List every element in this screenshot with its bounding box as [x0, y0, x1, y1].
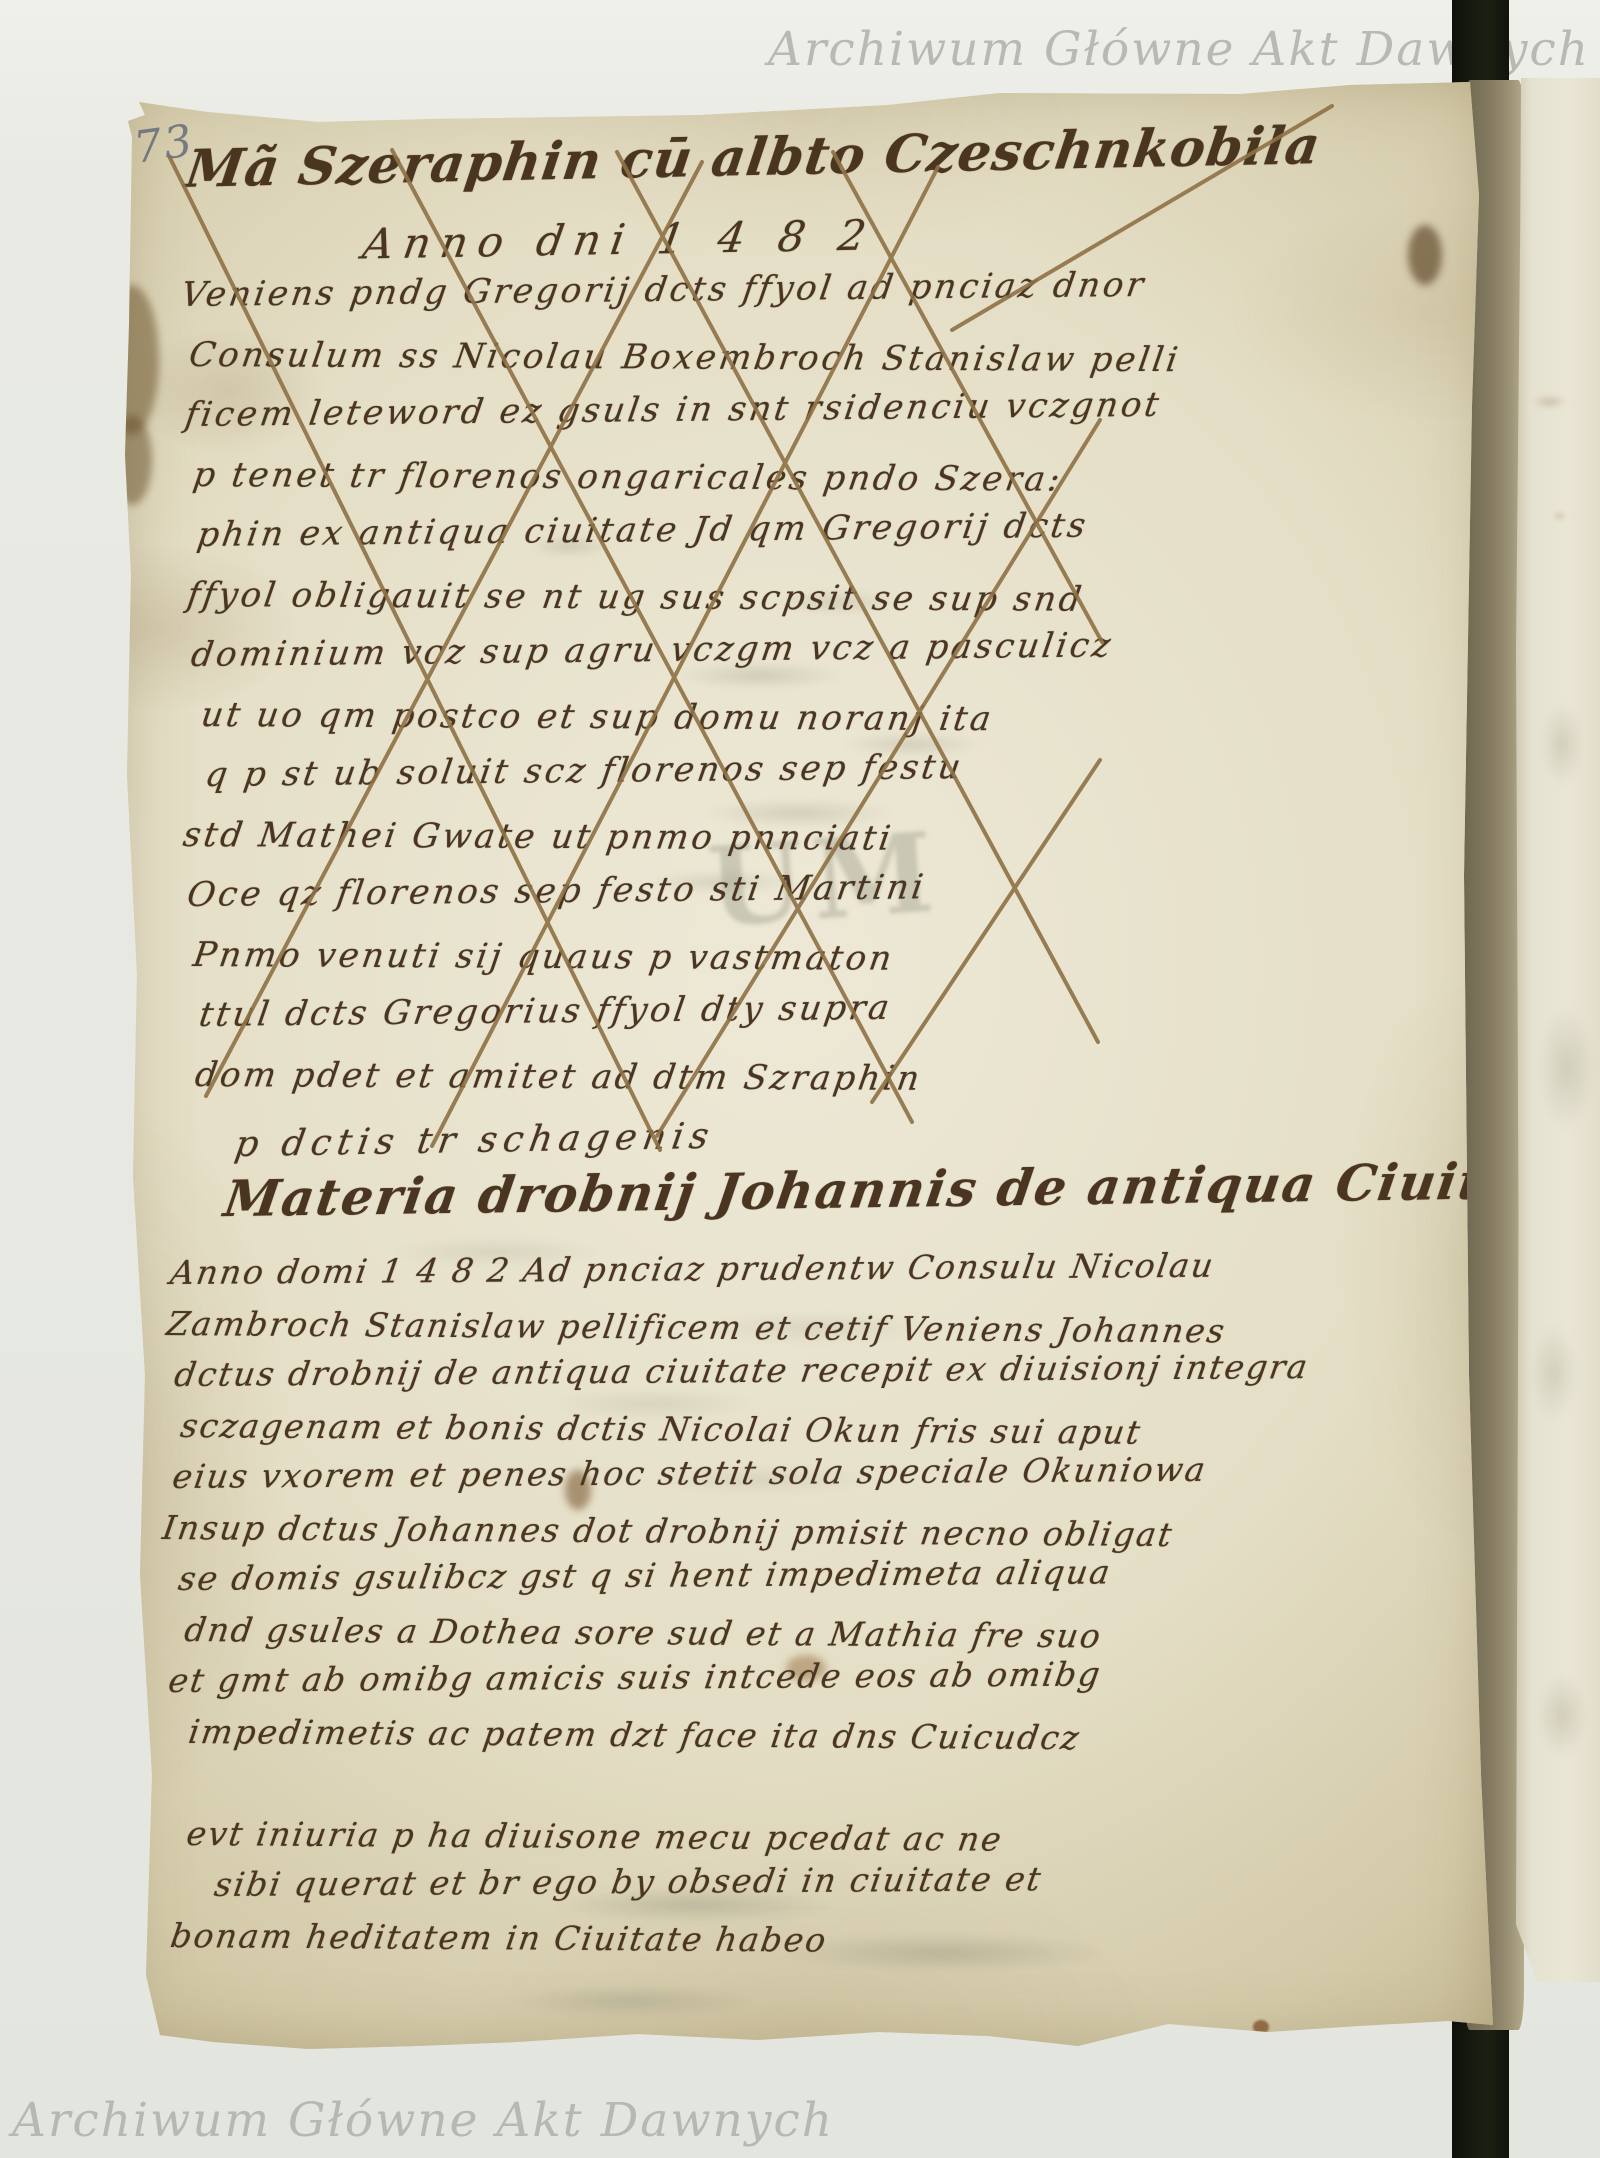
manuscript-line: ficem leteword ez gsuls in snt rsidenciu…	[180, 385, 1186, 455]
manuscript-line: ttul dcts Gregorius ffyol dty supra	[194, 985, 1186, 1055]
ink-stain	[618, 65, 678, 95]
manuscript-line: dominium vcz sup agru vczgm vcz a pascul…	[186, 625, 1186, 695]
manuscript-line: q p st ub soluit scz florenos sep festu	[200, 745, 1186, 815]
manuscript-line	[178, 1755, 1312, 1814]
manuscript-line: phin ex antiqua ciuitate Jd qm Gregorij …	[192, 505, 1186, 575]
entry1-closing-line: p dctis tr schagenis	[232, 1116, 717, 1165]
ink-stain	[112, 415, 152, 505]
manuscript-page: UM 73 Mã Szeraphin cū albto Czeschnkobil…	[118, 75, 1494, 2051]
entry1-date-line: Anno dni 1 4 8 2	[359, 211, 879, 269]
manuscript-line: se domis gsulibcz gst q si hent impedime…	[174, 1551, 1312, 1610]
ink-stain	[1253, 2020, 1269, 2034]
manuscript-line: eius vxorem et penes hoc stetit sola spe…	[168, 1449, 1312, 1508]
archive-watermark-bottom: Archiwum Główne Akt Dawnych	[12, 2093, 834, 2148]
manuscript-line: bonam heditatem in Ciuitate habeo	[166, 1916, 1309, 1975]
adjacent-page-edge	[1516, 78, 1600, 1982]
entry1-body: Veniens pndg Gregorij dcts ffyol ad pnci…	[180, 275, 1179, 1115]
manuscript-line: Oce qz florenos sep festo sti Martini	[182, 865, 1186, 935]
adjacent-page-stains	[1516, 78, 1600, 1982]
ink-stain	[1408, 225, 1442, 285]
manuscript-line: Veniens pndg Gregorij dcts ffyol ad pnci…	[176, 265, 1186, 335]
manuscript-line: et gmt ab omibg amicis suis intcede eos …	[164, 1653, 1312, 1712]
manuscript-line: sibi querat et br ego by obsedi in ciuit…	[210, 1857, 1312, 1916]
ink-stain	[104, 285, 159, 435]
entry2-body: Anno domi 1 4 8 2 Ad pnciaz prudentw Con…	[170, 1253, 1307, 1967]
manuscript-line: dom pdet et amitet ad dtm Szraphin	[190, 1055, 1183, 1120]
scanned-document: Archiwum Główne Akt Dawnych UM 73 Mã Sze…	[0, 0, 1600, 2158]
manuscript-line: Anno domi 1 4 8 2 Ad pnciaz prudentw Con…	[166, 1245, 1312, 1304]
manuscript-line: dctus drobnij de antiqua ciuitate recepi…	[170, 1347, 1312, 1406]
